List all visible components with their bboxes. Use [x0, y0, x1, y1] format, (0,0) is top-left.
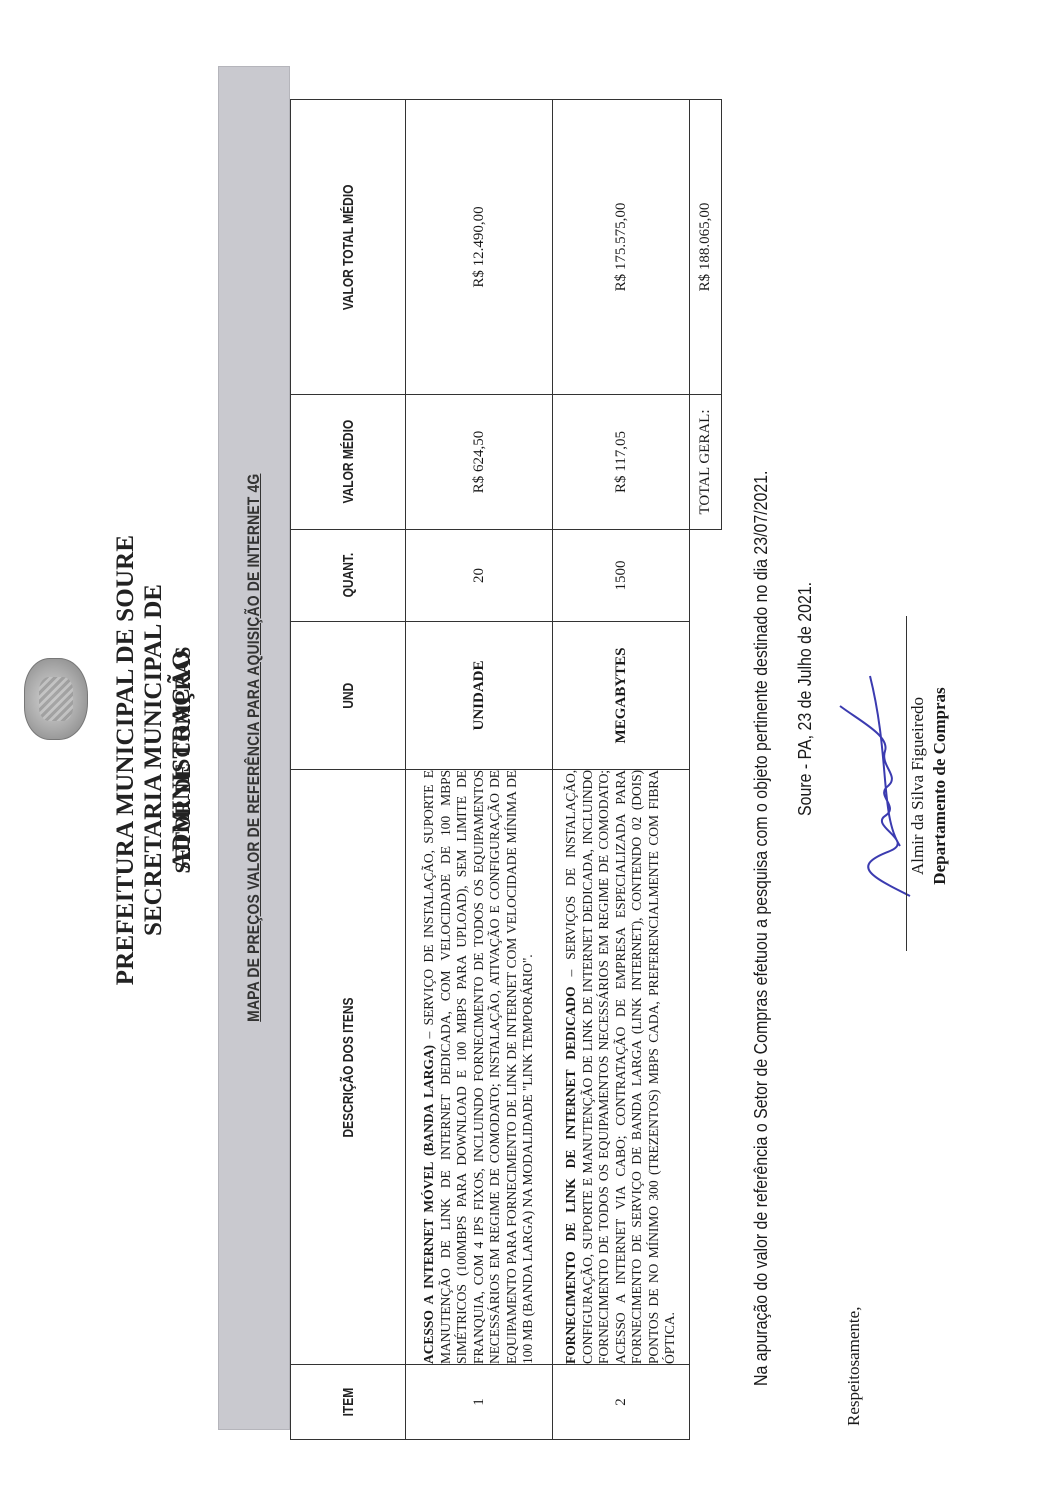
cell-und: MEGABYTES [553, 622, 690, 770]
document-title: MAPA DE PREÇOS VALOR DE REFERÊNCIA PARA … [244, 474, 264, 1022]
cell-quant: 1500 [553, 530, 690, 622]
table-row: 1 ACESSO A INTERNET MÓVEL (BANDA LARGA) … [406, 100, 553, 1440]
cell-description: FORNECIMENTO DE LINK DE INTERNET DEDICAD… [553, 770, 690, 1365]
cell-valor-total: R$ 12.490,00 [406, 100, 553, 395]
total-value: R$ 188.065,00 [690, 100, 722, 395]
cell-item: 1 [406, 1365, 553, 1440]
document-title-bar: MAPA DE PREÇOS VALOR DE REFERÊNCIA PARA … [218, 66, 290, 1430]
column-header-descricao: DESCRIÇÃO DOS ITENS [291, 770, 406, 1365]
total-row: TOTAL GERAL: R$ 188.065,00 [690, 100, 722, 1440]
cell-und: UNIDADE [406, 622, 553, 770]
column-header-valor-medio: VALOR MÉDIO [291, 395, 406, 530]
signature-line [906, 616, 907, 951]
column-header-und: UND [291, 622, 406, 770]
coat-of-arms-icon [24, 658, 88, 740]
research-note: Na apuração do valor de referência o Set… [750, 471, 772, 1386]
total-label: TOTAL GERAL: [690, 395, 722, 530]
cell-valor-medio: R$ 624,50 [406, 395, 553, 530]
cell-item: 2 [553, 1365, 690, 1440]
table-row: 2 FORNECIMENTO DE LINK DE INTERNET DEDIC… [553, 100, 690, 1440]
column-header-quant: QUANT. [291, 530, 406, 622]
column-header-valor-total: VALOR TOTAL MÉDIO [291, 100, 406, 395]
column-header-item: ITEM [291, 1365, 406, 1440]
rotated-document-page: PREFEITURA MUNICIPAL DE SOURE SECRETARIA… [0, 0, 1058, 1496]
price-map-table: ITEM DESCRIÇÃO DOS ITENS UND QUANT. VALO… [290, 99, 722, 1440]
cell-quant: 20 [406, 530, 553, 622]
header-prefeitura: PREFEITURA MUNICIPAL DE SOURE [112, 480, 140, 1040]
total-row-spacer [690, 530, 722, 1440]
table-header-row: ITEM DESCRIÇÃO DOS ITENS UND QUANT. VALO… [291, 100, 406, 1440]
signatory-department: Departamento de Compras [930, 636, 950, 936]
cell-valor-medio: R$ 117,05 [553, 395, 690, 530]
cell-valor-total: R$ 175.575,00 [553, 100, 690, 395]
place-and-date: Soure - PA, 23 de Julho de 2021. [794, 582, 816, 816]
header-setor: SETOR DE COMPRAS [170, 480, 196, 1040]
signatory-name: Almir da Silva Figueiredo [908, 636, 928, 936]
cell-description: ACESSO A INTERNET MÓVEL (BANDA LARGA) – … [406, 770, 553, 1365]
closing-salutation: Respeitosamente, [844, 1307, 864, 1426]
